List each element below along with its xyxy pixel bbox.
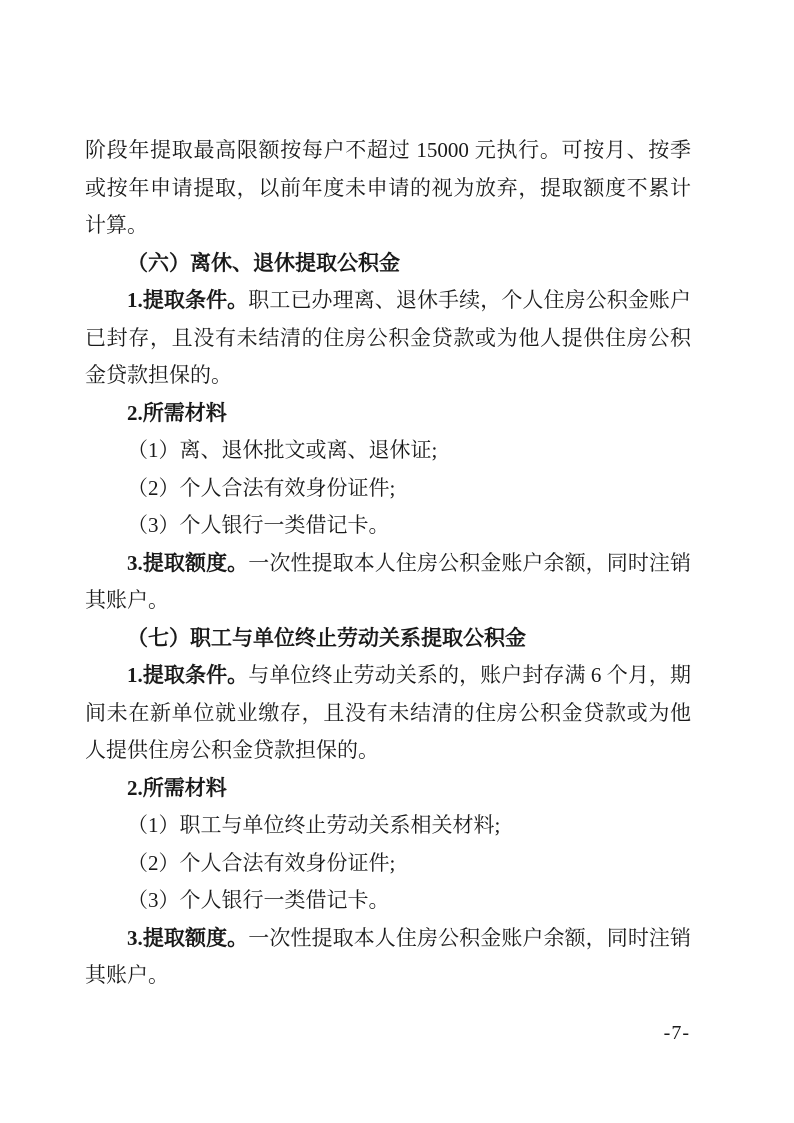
list-item: （3）个人银行一类借记卡。 [85,882,691,920]
list-item: （3）个人银行一类借记卡。 [85,507,691,545]
list-item-text: （1）离、退休批文或离、退休证; [127,438,437,462]
list-item-text: （3）个人银行一类借记卡。 [127,513,390,537]
paragraph-lead: 1.提取条件。 [127,288,248,312]
list-item: （2）个人合法有效身份证件; [85,470,691,508]
page-number: -7- [664,1021,690,1045]
paragraph-lead: 3.提取额度。 [127,926,248,950]
section-heading-7: （七）职工与单位终止劳动关系提取公积金 [85,620,691,658]
paragraph-lead: 3.提取额度。 [127,551,248,575]
paragraph-continued: 阶段年提取最高限额按每户不超过 15000 元执行。可按月、按季或按年申请提取，… [85,132,691,245]
list-item-text: （3）个人银行一类借记卡。 [127,888,390,912]
section-heading-6: （六）离休、退休提取公积金 [85,245,691,283]
subheading-materials: 2.所需材料 [85,770,691,808]
paragraph-withdraw-condition: 1.提取条件。职工已办理离、退休手续，个人住房公积金账户已封存，且没有未结清的住… [85,282,691,395]
heading-text: 2.所需材料 [127,401,227,425]
paragraph-text: 阶段年提取最高限额按每户不超过 15000 元执行。可按月、按季或按年申请提取，… [85,138,691,237]
paragraph-withdraw-condition: 1.提取条件。与单位终止劳动关系的，账户封存满 6 个月，期间未在新单位就业缴存… [85,657,691,770]
paragraph-withdraw-amount: 3.提取额度。一次性提取本人住房公积金账户余额，同时注销其账户。 [85,545,691,620]
list-item-text: （2）个人合法有效身份证件; [127,851,395,875]
paragraph-withdraw-amount: 3.提取额度。一次性提取本人住房公积金账户余额，同时注销其账户。 [85,920,691,995]
list-item: （1）离、退休批文或离、退休证; [85,432,691,470]
subheading-materials: 2.所需材料 [85,395,691,433]
list-item-text: （2）个人合法有效身份证件; [127,476,395,500]
list-item-text: （1）职工与单位终止劳动关系相关材料; [127,813,500,837]
heading-text: （七）职工与单位终止劳动关系提取公积金 [127,626,526,650]
list-item: （1）职工与单位终止劳动关系相关材料; [85,807,691,845]
document-page: 阶段年提取最高限额按每户不超过 15000 元执行。可按月、按季或按年申请提取，… [0,0,794,1123]
heading-text: （六）离休、退休提取公积金 [127,251,400,275]
document-content: 阶段年提取最高限额按每户不超过 15000 元执行。可按月、按季或按年申请提取，… [85,132,691,995]
paragraph-lead: 1.提取条件。 [127,663,248,687]
heading-text: 2.所需材料 [127,776,227,800]
list-item: （2）个人合法有效身份证件; [85,845,691,883]
